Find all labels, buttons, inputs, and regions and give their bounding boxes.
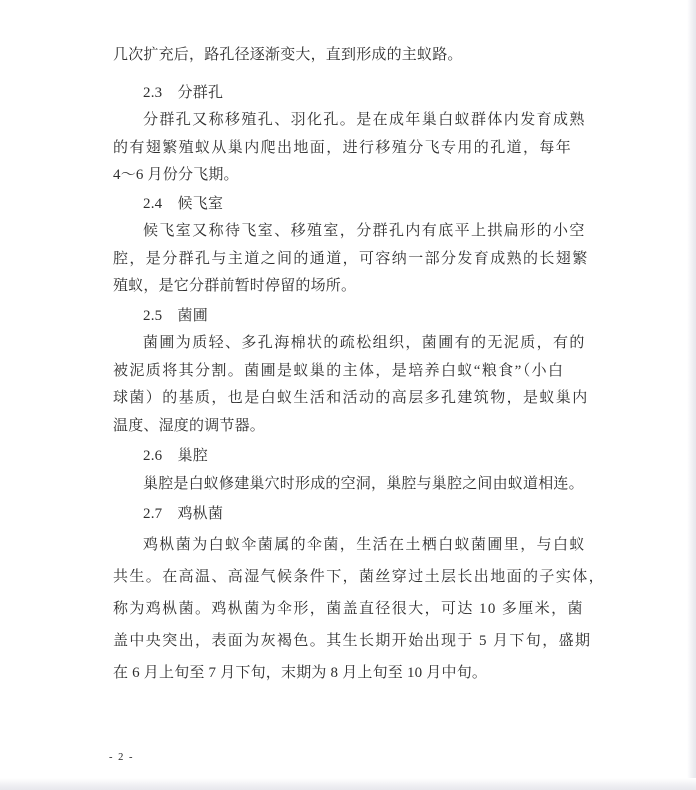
page-right-edge <box>687 0 696 790</box>
document-text-block: 几次扩充后，路孔径逐渐变大，直到形成的主蚁路。 2.3 分群孔 分群孔又称移殖孔… <box>113 42 673 689</box>
body-line: 鸡枞菌为白蚁伞菌属的伞菌，生活在土栖白蚁菌圃里，与白蚁 <box>113 529 673 561</box>
body-line: 菌圃为质轻、多孔海棉状的疏松组织，菌圃有的无泥质，有的 <box>113 330 673 358</box>
body-line: 温度、湿度的调节器。 <box>113 413 673 441</box>
body-line: 4～6 月份分飞期。 <box>113 162 673 190</box>
body-line: 巢腔是白蚁修建巢穴时形成的空洞，巢腔与巢腔之间由蚁道相连。 <box>113 471 673 499</box>
page-bottom-edge <box>0 778 696 790</box>
body-line: 被泥质将其分割。菌圃是蚁巢的主体，是培养白蚁“粮食”（小白 <box>113 358 673 386</box>
document-page: 几次扩充后，路孔径逐渐变大，直到形成的主蚁路。 2.3 分群孔 分群孔又称移殖孔… <box>0 0 696 790</box>
section-heading-2-4: 2.4 候飞室 <box>113 191 673 219</box>
body-line: 腔，是分群孔与主道之间的通道，可容纳一部分发育成熟的长翅繁 <box>113 246 673 274</box>
body-line: 盖中央突出，表面为灰褐色。其生长期开始出现于 5 月下旬，盛期 <box>113 625 673 657</box>
body-line: 的有翅繁殖蚁从巢内爬出地面，进行移殖分飞专用的孔道，每年 <box>113 135 673 163</box>
page-number: - 2 - <box>109 752 134 763</box>
section-heading-2-5: 2.5 菌圃 <box>113 303 673 331</box>
body-line: 分群孔又称移殖孔、羽化孔。是在成年巢白蚁群体内发育成熟 <box>113 107 673 135</box>
body-line: 候飞室又称待飞室、移殖室，分群孔内有底平上拱扁形的小空 <box>113 218 673 246</box>
body-line: 殖蚁，是它分群前暂时停留的场所。 <box>113 273 673 301</box>
section-heading-2-3: 2.3 分群孔 <box>113 80 673 108</box>
body-line: 在 6 月上旬至 7 月下旬，末期为 8 月上旬至 10 月中旬。 <box>113 657 673 689</box>
body-line: 共生。在高温、高湿气候条件下，菌丝穿过土层长出地面的子实体， <box>113 561 673 593</box>
section-heading-2-6: 2.6 巢腔 <box>113 443 673 471</box>
body-line: 称为鸡枞菌。鸡枞菌为伞形，菌盖直径很大，可达 10 多厘米，菌 <box>113 593 673 625</box>
section-heading-2-7: 2.7 鸡枞菌 <box>113 501 673 529</box>
body-line: 几次扩充后，路孔径逐渐变大，直到形成的主蚁路。 <box>113 42 673 70</box>
body-line: 球菌）的基质，也是白蚁生活和活动的高层多孔建筑物，是蚁巢内 <box>113 385 673 413</box>
